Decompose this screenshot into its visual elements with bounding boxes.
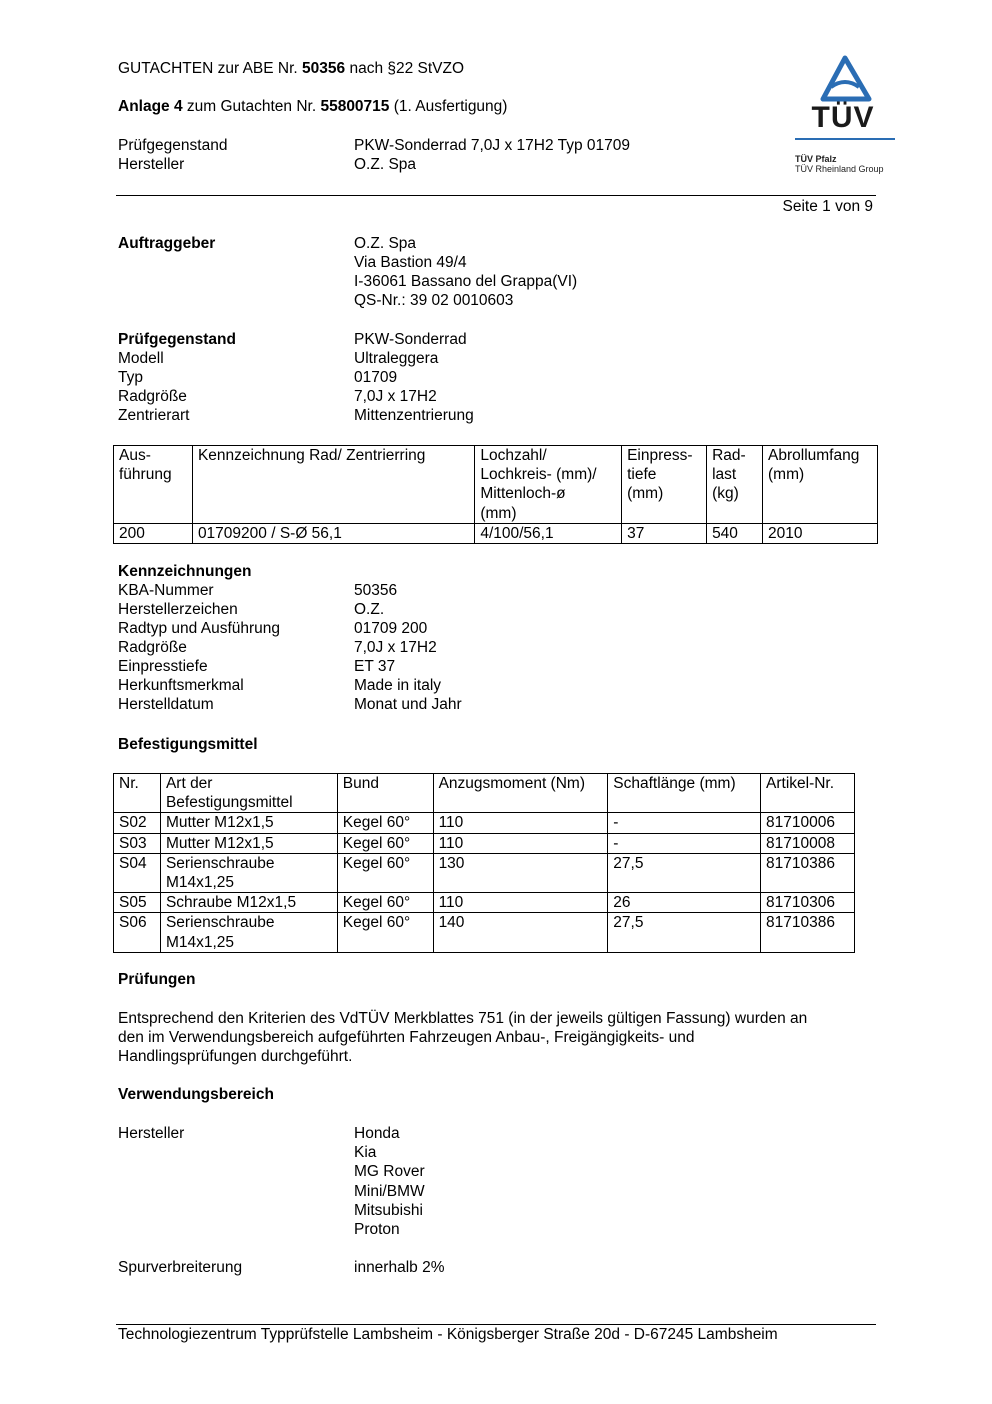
field-value: 7,0J x 17H2 [354,387,437,406]
field-label: Herstelldatum [118,695,214,714]
table-cell: Kegel 60° [337,893,433,913]
field-value: Monat und Jahr [354,695,462,714]
field-value: 01709 200 [354,619,427,638]
kennzeichnungen-title-text: Kennzeichnungen [118,563,251,580]
table-cell: 81710386 [761,913,855,952]
client-name: O.Z. Spa [354,234,416,253]
manufacturer-item: Mini/BMW [354,1182,425,1201]
table-cell: 27,5 [608,913,761,952]
table-row: S03Mutter M12x1,5Kegel 60°110-81710008 [114,833,855,853]
table-cell: 110 [433,893,608,913]
field-label: KBA-Nummer [118,581,214,600]
table-cell: 81710386 [761,853,855,892]
table-cell: S03 [114,833,161,853]
marking-field: Radgröße7,0J x 17H2 [0,638,992,657]
field-value: O.Z. Spa [354,155,416,174]
hersteller-label: Hersteller [118,1124,184,1143]
marking-field: Radtyp und Ausführung01709 200 [0,619,992,638]
field-value: 7,0J x 17H2 [354,638,437,657]
befestigungsmittel-title: Befestigungsmittel [118,735,258,754]
verwendungsbereich-title: Verwendungsbereich [118,1085,274,1104]
header-divider [116,195,876,196]
marking-field: HerstellerzeichenO.Z. [0,600,992,619]
befestigungsmittel-title-text: Befestigungsmittel [118,736,258,753]
wheel-table: Aus-führungKennzeichnung Rad/ Zentrierri… [113,445,878,544]
table-cell: S02 [114,813,161,833]
spurverbreiterung-label: Spurverbreiterung [118,1258,242,1277]
column-header: Artikel-Nr. [761,774,855,813]
manufacturer-item: Honda [354,1124,400,1143]
field-label: Herkunftsmerkmal [118,676,244,695]
column-header: Lochzahl/Lochkreis- (mm)/Mittenloch-ø(mm… [475,446,622,524]
spec-field: ZentrierartMittenzentrierung [0,406,992,425]
table-cell: Kegel 60° [337,833,433,853]
table-cell: S05 [114,893,161,913]
pruefgegenstand-value: PKW-Sonderrad [354,330,467,349]
table-cell: - [608,833,761,853]
field-value: Made in italy [354,676,441,695]
table-cell: 540 [707,523,763,543]
table-row: 20001709200 / S-Ø 56,14/100/56,137540201… [114,523,878,543]
table-cell: Mutter M12x1,5 [160,813,337,833]
field-label: Prüfgegenstand [118,136,227,155]
spec-field: ModellUltraleggera [0,349,992,368]
pruefgegenstand-label-text: Prüfgegenstand [118,331,236,348]
annex-label: Anlage 4 [118,98,183,115]
table-cell: 81710006 [761,813,855,833]
field-value: O.Z. [354,600,384,619]
table-cell: 110 [433,833,608,853]
field-value: Ultraleggera [354,349,438,368]
column-header: Rad-last(kg) [707,446,763,524]
table-row: S02Mutter M12x1,5Kegel 60°110-81710006 [114,813,855,833]
table-cell: 01709200 / S-Ø 56,1 [192,523,474,543]
field-label: Zentrierart [118,406,190,425]
client-city: I-36061 Bassano del Grappa(VI) [354,272,577,291]
manufacturer-item: MG Rover [354,1162,425,1181]
spec-field: Radgröße7,0J x 17H2 [0,387,992,406]
table-cell: - [608,813,761,833]
column-header: Anzugsmoment (Nm) [433,774,608,813]
table-cell: 130 [433,853,608,892]
table-cell: Kegel 60° [337,813,433,833]
field-label: Einpresstiefe [118,657,208,676]
spec-field: Typ01709 [0,368,992,387]
annex-suffix: (1. Ausfertigung) [389,98,507,115]
table-cell: Schraube M12x1,5 [160,893,337,913]
marking-field: EinpresstiefeET 37 [0,657,992,676]
field-value: ET 37 [354,657,395,676]
pruefungen-text-line: den im Verwendungsbereich aufgeführten F… [118,1028,694,1047]
marking-field: HerkunftsmerkmalMade in italy [0,676,992,695]
table-cell: Kegel 60° [337,853,433,892]
pruefungen-title: Prüfungen [118,970,196,989]
manufacturer-item: Kia [354,1143,376,1162]
column-header: Bund [337,774,433,813]
table-row: S05Schraube M12x1,5Kegel 60°110268171030… [114,893,855,913]
field-value: PKW-Sonderrad 7,0J x 17H2 Typ 01709 [354,136,630,155]
abe-number: 50356 [302,60,345,77]
field-label: Radgröße [118,387,187,406]
table-cell: SerienschraubeM14x1,25 [160,913,337,952]
table-cell: 110 [433,813,608,833]
client-qs-number: QS-Nr.: 39 02 0010603 [354,291,513,310]
table-cell: 26 [608,893,761,913]
title-prefix: GUTACHTEN zur ABE Nr. [118,60,302,77]
field-value: 50356 [354,581,397,600]
pruefungen-text-line: Entsprechend den Kriterien des VdTÜV Mer… [118,1009,807,1028]
title-suffix: nach §22 StVZO [345,60,464,77]
field-label: Typ [118,368,143,387]
fastener-table: Nr.Art derBefestigungsmittelBundAnzugsmo… [113,773,855,953]
column-header: Kennzeichnung Rad/ Zentrierring [192,446,474,524]
column-header: Abrollumfang(mm) [763,446,878,524]
table-header-row: Aus-führungKennzeichnung Rad/ Zentrierri… [114,446,878,524]
pruefgegenstand-label: Prüfgegenstand [118,330,236,349]
spurverbreiterung-value: innerhalb 2% [354,1258,444,1277]
logo-line1: TÜV Pfalz [795,154,837,164]
pruefungen-title-text: Prüfungen [118,971,196,988]
field-label: Hersteller [118,155,184,174]
column-header: Art derBefestigungsmittel [160,774,337,813]
manufacturer-item: Proton [354,1220,400,1239]
auftraggeber-label-text: Auftraggeber [118,235,215,252]
table-row: S04SerienschraubeM14x1,25Kegel 60°13027,… [114,853,855,892]
marking-field: KBA-Nummer50356 [0,581,992,600]
footer-address: Technologiezentrum Typprüfstelle Lambshe… [118,1325,778,1344]
document-title: GUTACHTEN zur ABE Nr. 50356 nach §22 StV… [118,59,464,78]
field-label: Radtyp und Ausführung [118,619,280,638]
table-header-row: Nr.Art derBefestigungsmittelBundAnzugsmo… [114,774,855,813]
client-street: Via Bastion 49/4 [354,253,467,272]
auftraggeber-label: Auftraggeber [118,234,215,253]
manufacturer-item: Mitsubishi [354,1201,423,1220]
field-label: Modell [118,349,164,368]
logo-subtitle: TÜV PfalzTÜV Rheinland Group [795,154,884,174]
page-indicator: Seite 1 von 9 [783,197,873,216]
field-value: 01709 [354,368,397,387]
logo-rule [795,138,895,140]
column-header: Einpress-tiefe(mm) [622,446,707,524]
field-label: Radgröße [118,638,187,657]
field-label: Herstellerzeichen [118,600,238,619]
table-cell: S06 [114,913,161,952]
kennzeichnungen-title: Kennzeichnungen [118,562,251,581]
report-number: 55800715 [320,98,389,115]
table-cell: S04 [114,853,161,892]
logo-line2: TÜV Rheinland Group [795,164,884,174]
annex-mid: zum Gutachten Nr. [183,98,321,115]
table-cell: Mutter M12x1,5 [160,833,337,853]
table-row: S06SerienschraubeM14x1,25Kegel 60°14027,… [114,913,855,952]
table-cell: 37 [622,523,707,543]
logo-wordmark: TÜV [793,103,893,133]
table-cell: SerienschraubeM14x1,25 [160,853,337,892]
annex-line: Anlage 4 zum Gutachten Nr. 55800715 (1. … [118,97,507,116]
table-cell: 4/100/56,1 [475,523,622,543]
column-header: Aus-führung [114,446,193,524]
table-cell: 2010 [763,523,878,543]
column-header: Nr. [114,774,161,813]
column-header: Schaftlänge (mm) [608,774,761,813]
verwendungsbereich-title-text: Verwendungsbereich [118,1086,274,1103]
table-cell: 200 [114,523,193,543]
marking-field: HerstelldatumMonat und Jahr [0,695,992,714]
pruefungen-text-line: Handlingsprüfungen durchgeführt. [118,1047,352,1066]
tuv-triangle-icon [793,55,897,105]
table-cell: 81710008 [761,833,855,853]
table-cell: Kegel 60° [337,913,433,952]
table-cell: 27,5 [608,853,761,892]
table-cell: 81710306 [761,893,855,913]
field-value: Mittenzentrierung [354,406,474,425]
table-cell: 140 [433,913,608,952]
